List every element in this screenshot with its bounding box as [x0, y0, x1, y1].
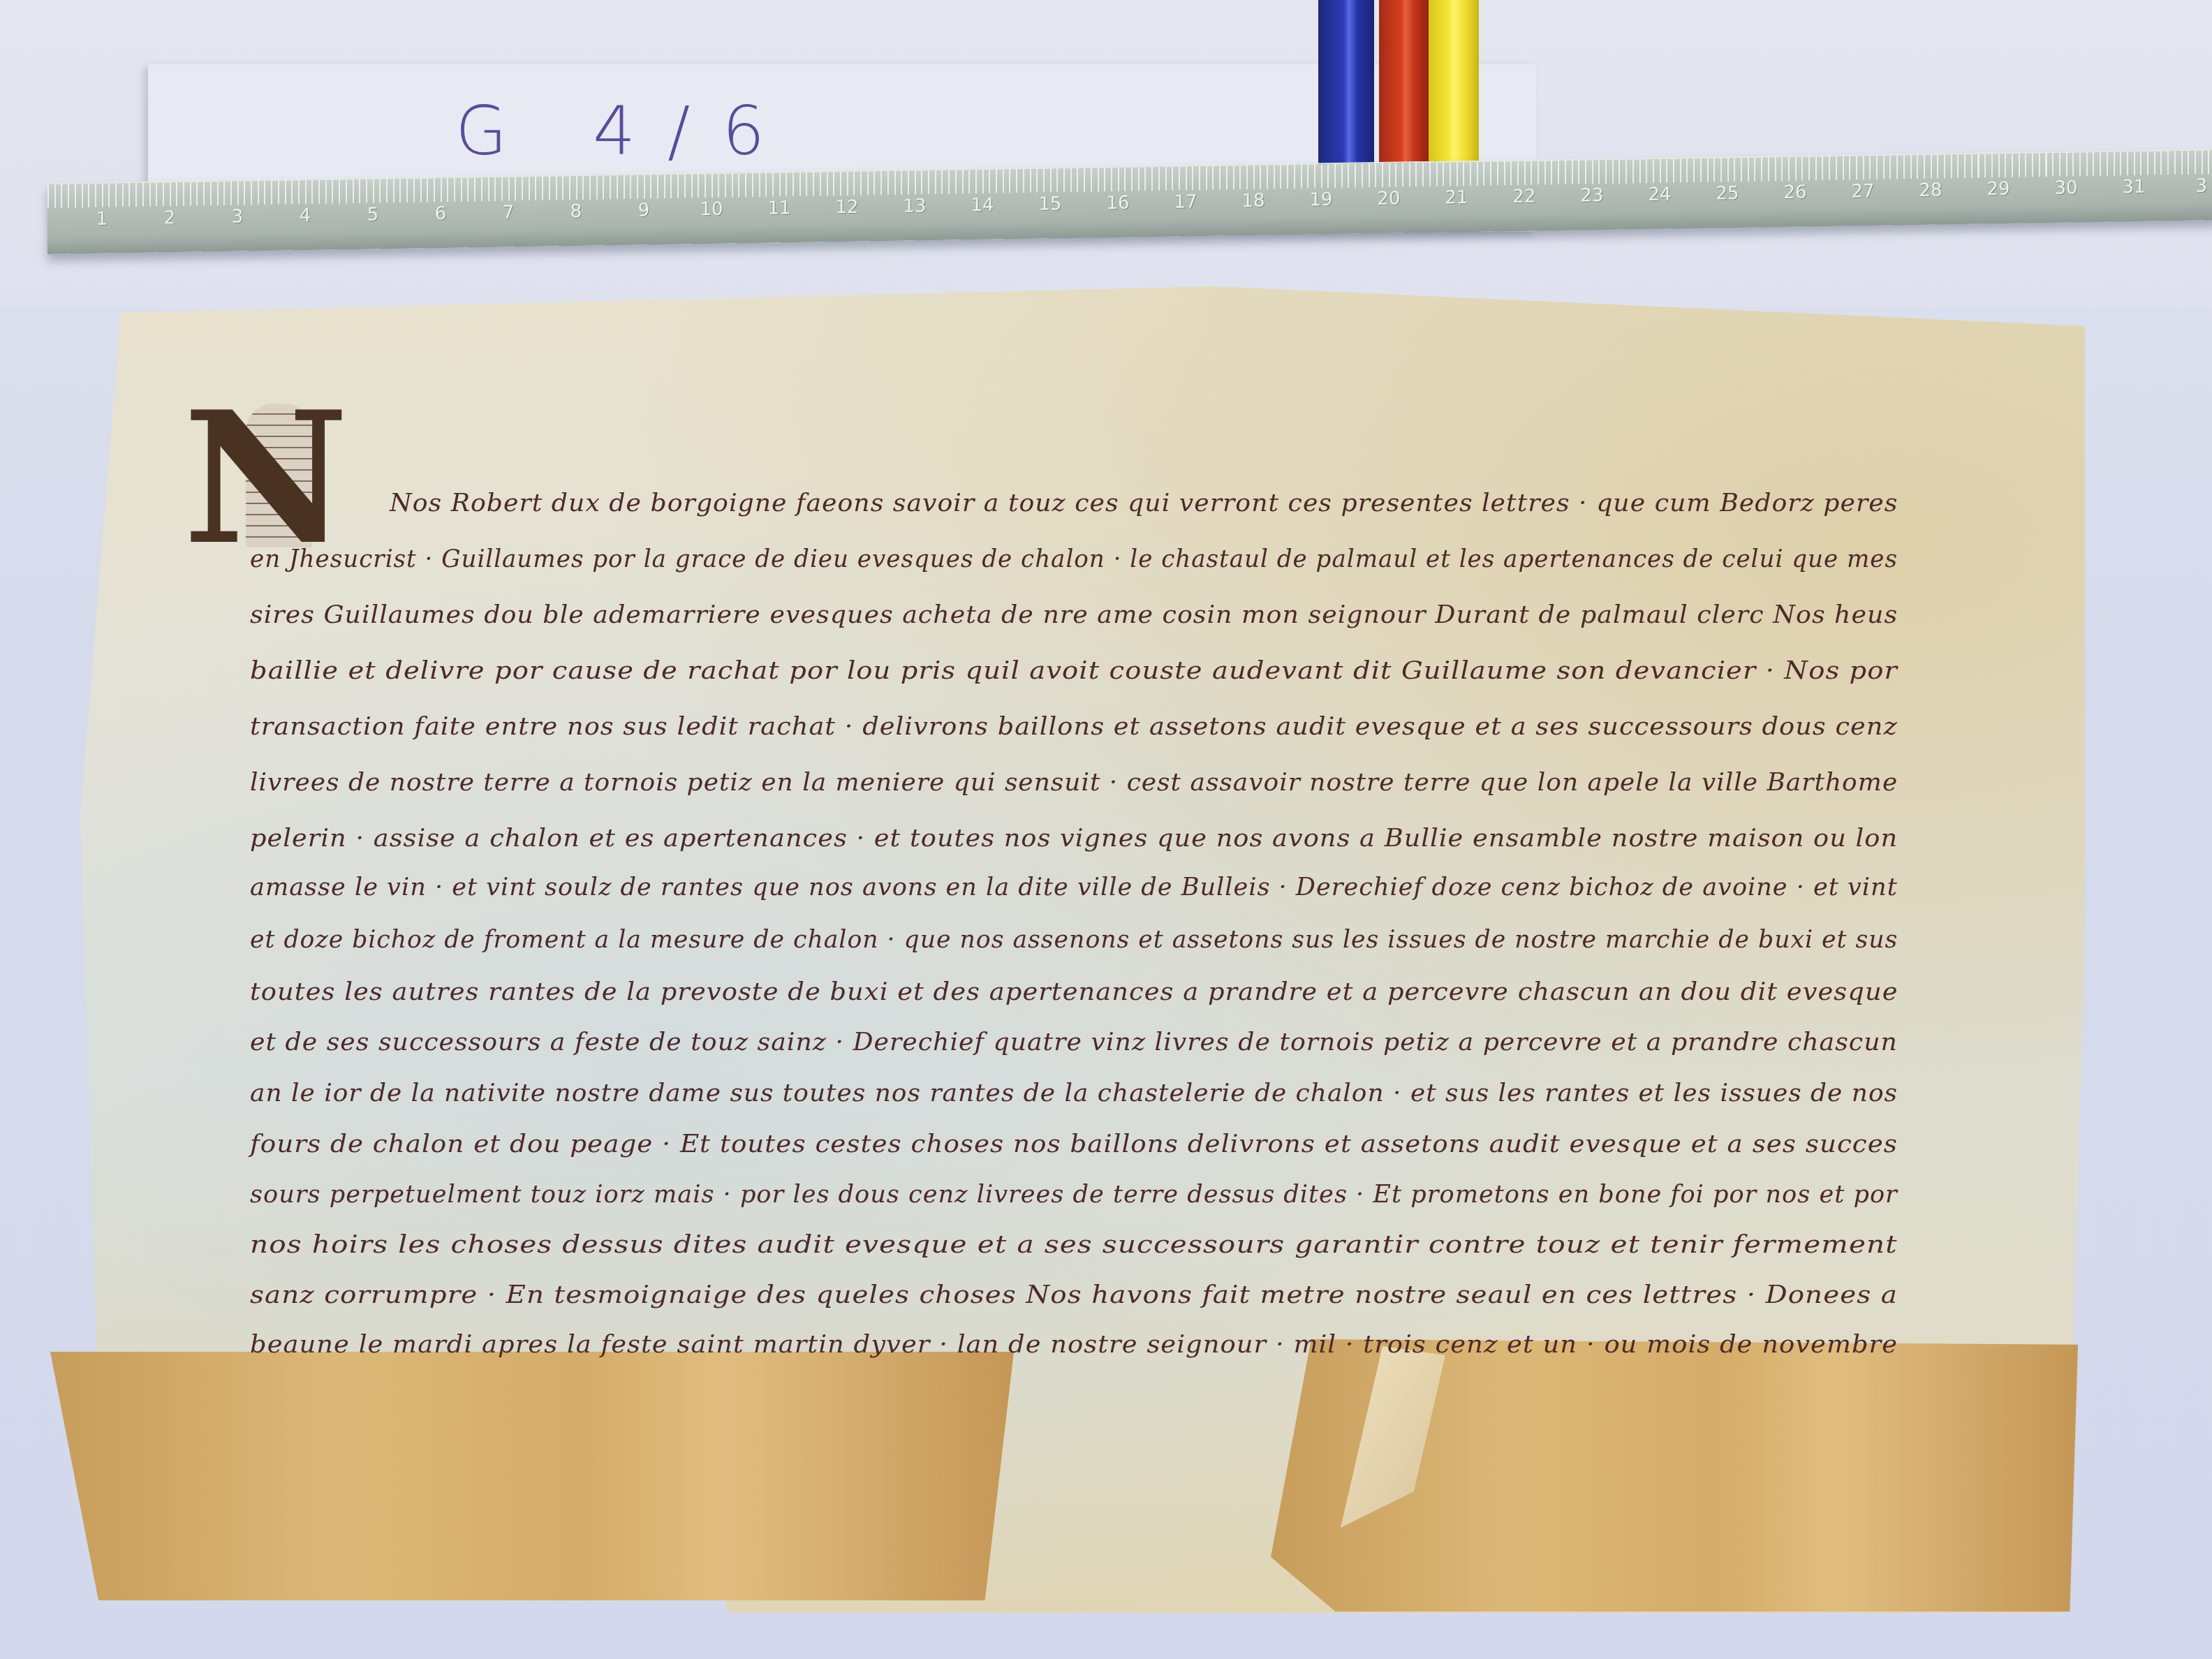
ruler-number: 31	[2122, 177, 2145, 198]
charter-line: baillie et delivre por cause de rachat p…	[250, 656, 1898, 685]
ruler-number: 15	[1038, 193, 1061, 215]
ruler-number: 30	[2054, 177, 2077, 199]
charter-line: Nos Robert dux de borgoigne faeons savoi…	[390, 489, 1898, 517]
charter-line: beaune le mardi apres la feste saint mar…	[250, 1330, 1898, 1359]
charter-line: toutes les autres rantes de la prevoste …	[250, 978, 1898, 1006]
red-pencil-color-reference	[1379, 0, 1429, 180]
charter-line: amasse le vin · et vint soulz de rantes …	[250, 873, 1898, 901]
ruler-number: 21	[1445, 187, 1468, 209]
ruler-number: 27	[1851, 181, 1874, 202]
ruler-number: 5	[367, 205, 379, 226]
ruler-number: 18	[1241, 191, 1264, 212]
decorated-initial: N	[183, 398, 344, 560]
ruler-number: 29	[1986, 179, 2010, 200]
shelfmark-label: G 4/6	[455, 92, 797, 170]
ruler-number: 1	[96, 209, 108, 230]
ruler-number: 24	[1648, 184, 1671, 205]
charter-line: pelerin · assise a chalon et es apertena…	[250, 824, 1898, 853]
charter-line: sanz corrumpre · En tesmoignaige des que…	[250, 1281, 1898, 1309]
ruler-number: 19	[1309, 189, 1332, 211]
ruler-number: 6	[435, 203, 447, 224]
ruler-number: 12	[835, 197, 858, 219]
ruler-number: 7	[503, 202, 515, 223]
ruler-number: 23	[1580, 185, 1603, 207]
ruler-number: 25	[1716, 183, 1739, 205]
ruler-number: 11	[767, 198, 790, 219]
charter-line: sours perpetuelment touz iorz mais · por…	[250, 1180, 1898, 1209]
ruler-number: 4	[300, 205, 311, 226]
ruler-number: 9	[638, 200, 650, 221]
ruler-number: 26	[1783, 182, 1806, 203]
ruler-number: 10	[700, 199, 723, 221]
ruler-number: 2	[164, 207, 176, 228]
blue-pencil-color-reference	[1318, 0, 1374, 180]
charter-line: et de ses successours a feste de touz sa…	[250, 1028, 1898, 1056]
charter-line: nos hoirs les choses dessus dites audit …	[250, 1230, 1898, 1259]
charter-line: en Jhesucrist · Guillaumes por la grace …	[250, 545, 1898, 573]
ruler-number: 8	[570, 201, 582, 222]
charter-line: an le ior de la nativite nostre dame sus…	[250, 1079, 1898, 1107]
ruler-number: 17	[1174, 191, 1197, 213]
ruler-number: 13	[903, 196, 926, 217]
charter-line: et doze bichoz de froment a la mesure de…	[250, 925, 1898, 954]
charter-line: transaction faite entre nos sus ledit ra…	[250, 712, 1898, 741]
ruler-number: 28	[1919, 179, 1942, 201]
folded-plica-left	[50, 1352, 1014, 1600]
charter-line: fours de chalon et dou peage · Et toutes…	[250, 1130, 1898, 1158]
charter-line: livrees de nostre terre a tornois petiz …	[250, 768, 1898, 797]
ruler-number: 20	[1377, 189, 1400, 210]
yellow-pencil-color-reference	[1429, 0, 1479, 180]
ruler-number: 22	[1512, 186, 1535, 208]
ruler-number: 16	[1106, 193, 1129, 214]
ruler-number: 3	[2196, 175, 2208, 196]
ruler-number: 3	[232, 207, 244, 228]
charter-line: sires Guillaumes dou ble ademarriere eve…	[250, 600, 1898, 629]
ruler-number: 14	[971, 195, 994, 216]
